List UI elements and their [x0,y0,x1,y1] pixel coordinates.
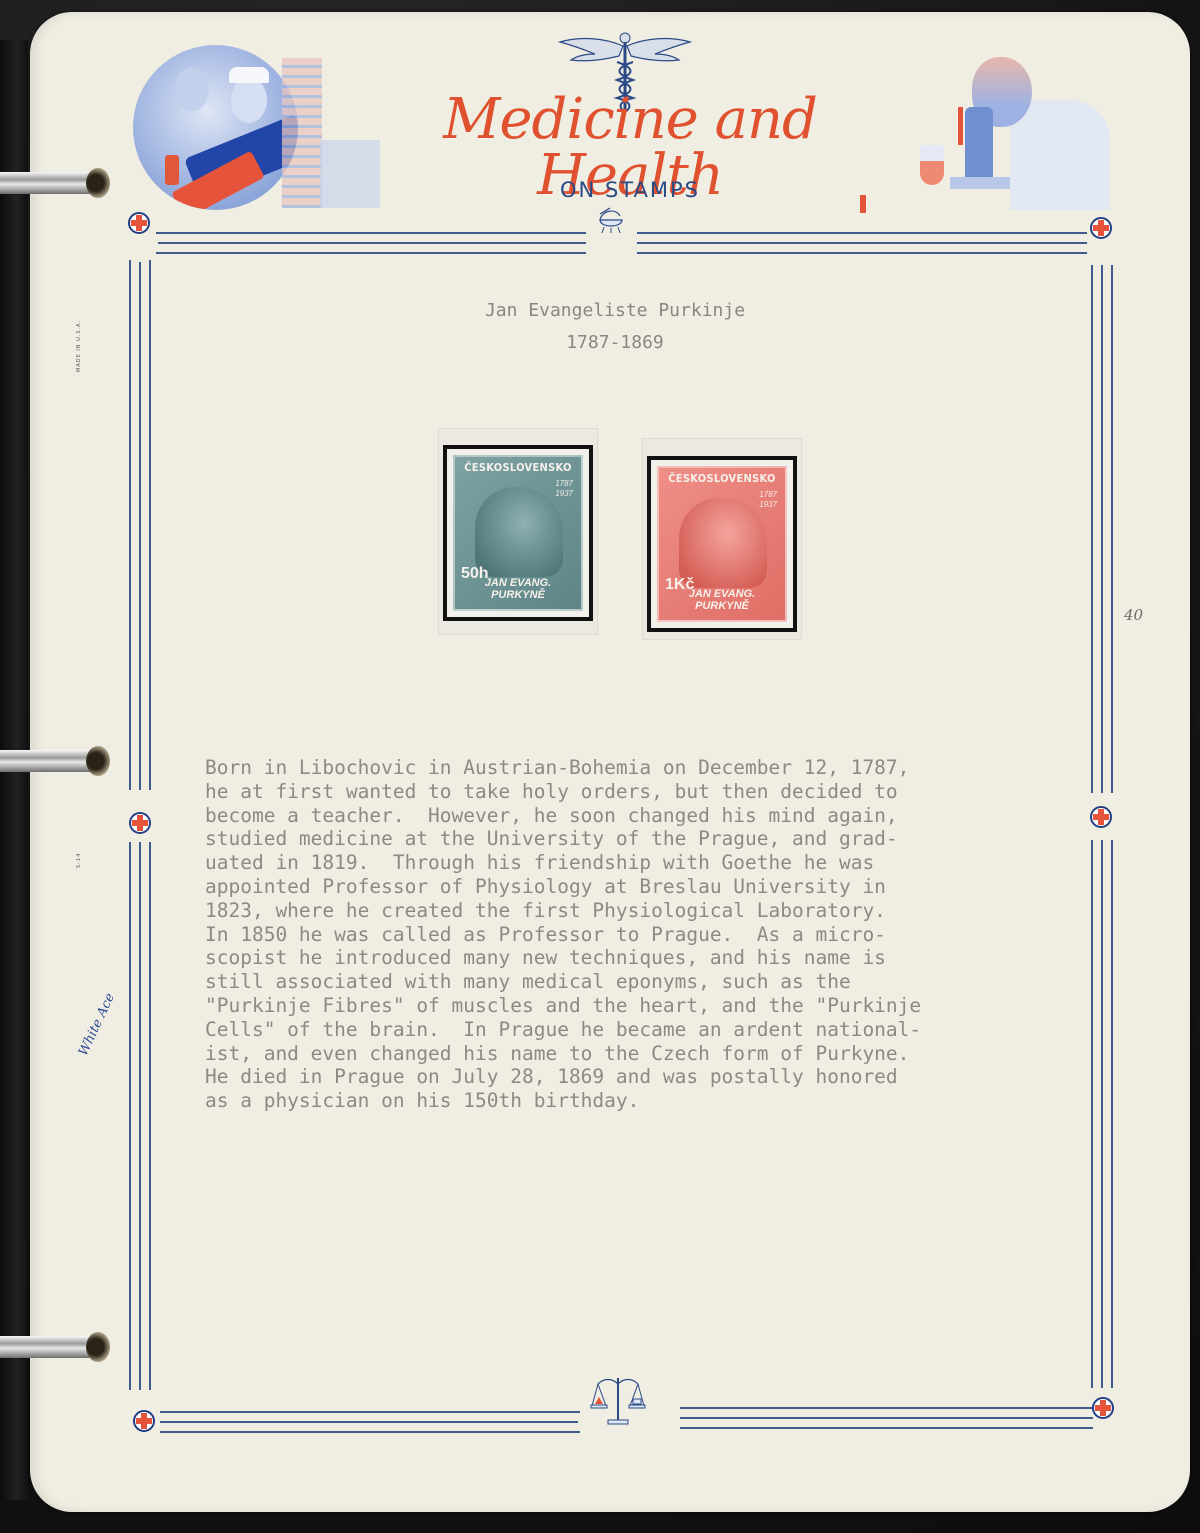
biography-text: Born in Libochovic in Austrian-Bohemia o… [205,756,1065,1113]
subject-name: Jan Evangeliste Purkinje [400,300,830,321]
doctor-nurse-illustration [133,45,298,210]
stamp-design: ČESKOSLOVENSKO 17871937 1Kč JAN EVANG. P… [657,466,787,622]
stamp-design: ČESKOSLOVENSKO 17871937 50h JAN EVANG. P… [453,455,583,611]
binder-ring-bottom [0,1336,104,1358]
made-in-usa-imprint: MADE IN U.S.A. [76,320,82,372]
stamp-country: ČESKOSLOVENSKO [459,461,577,474]
mortar-and-pestle-icon [596,206,626,234]
album-subtitle: ON STAMPS [480,178,780,202]
red-cross-icon [129,812,151,834]
hospital-building-illustration [282,58,322,208]
stamp-inscription: JAN EVANG. PURKYNĚ [457,577,579,601]
red-cross-icon [1090,217,1112,239]
microscope-scientist-illustration [890,45,1120,215]
red-cross-icon [1092,1397,1114,1419]
stamp-years: 17871937 [555,479,573,499]
stamp-inscription: JAN EVANG. PURKYNĚ [661,588,783,612]
binder-ring-middle [0,750,104,772]
stamp-50h-blue[interactable]: ČESKOSLOVENSKO 17871937 50h JAN EVANG. P… [447,449,589,617]
page-number-imprint: S-14 [76,853,82,868]
red-cross-icon [1090,806,1112,828]
purkyne-portrait [475,487,563,577]
stamp-years: 17871937 [759,490,777,510]
red-cross-icon [128,212,150,234]
page-header: Medicine and Health ON STAMPS [0,0,1200,240]
pencil-price-note: 40 [1124,606,1143,624]
subject-dates: 1787-1869 [400,332,830,353]
scales-icon [590,1378,646,1428]
hospital-wing-illustration [320,140,380,208]
red-cross-icon [133,1410,155,1432]
purkyne-portrait [679,498,767,588]
stamp-1kc-red[interactable]: ČESKOSLOVENSKO 17871937 1Kč JAN EVANG. P… [651,460,793,628]
stamp-country: ČESKOSLOVENSKO [663,472,781,485]
